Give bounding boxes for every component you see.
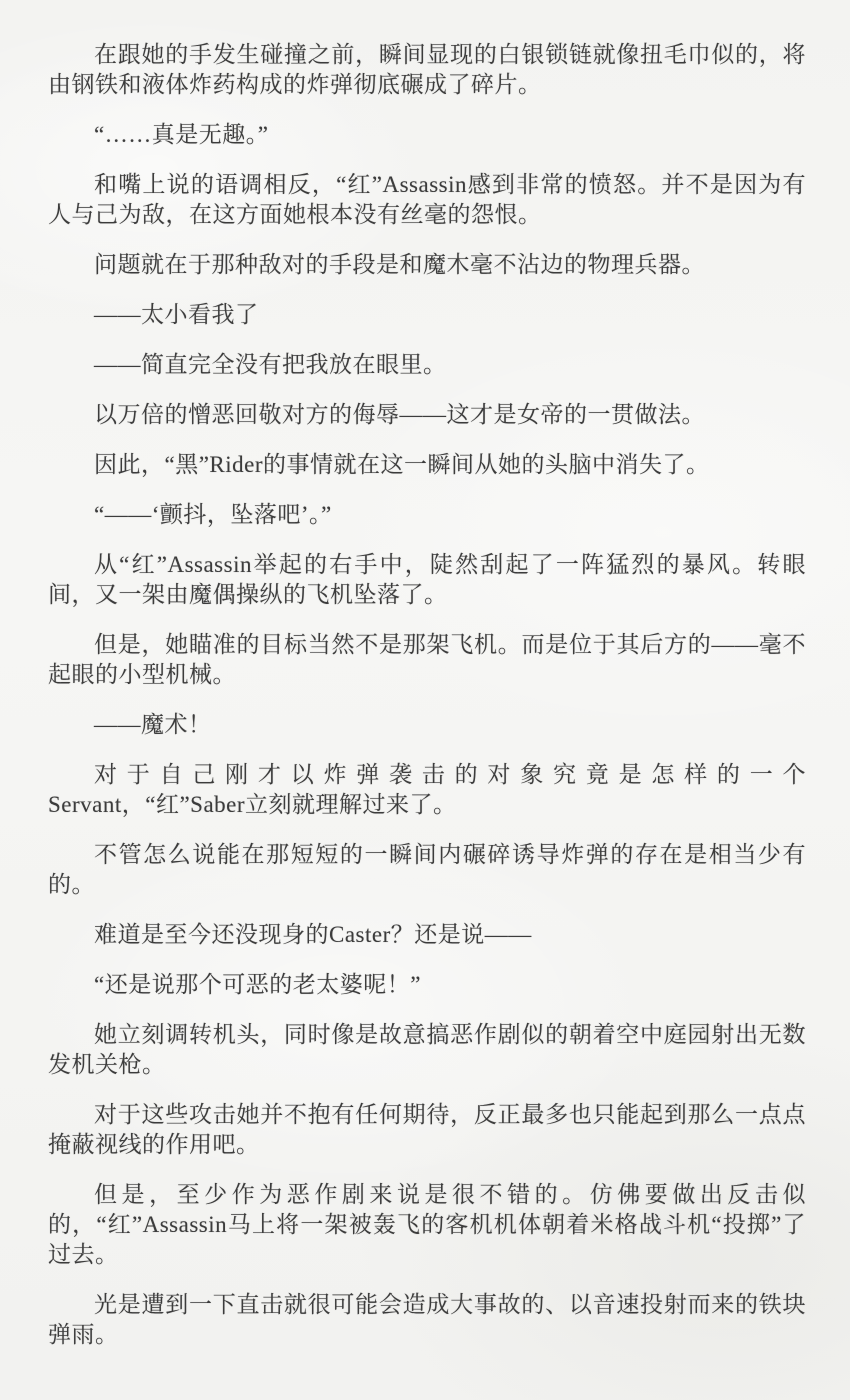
paragraph: “还是说那个可恶的老太婆呢！” bbox=[48, 970, 806, 1000]
text-column: 在跟她的手发生碰撞之前，瞬间显现的白银锁链就像扭毛巾似的，将由钢铁和液体炸药构成… bbox=[48, 40, 806, 1350]
paragraph: 对于自己刚才以炸弹袭击的对象究竟是怎样的一个Servant，“红”Saber立刻… bbox=[48, 760, 806, 820]
paragraph: ——魔术！ bbox=[48, 710, 806, 740]
paragraph: 对于这些攻击她并不抱有任何期待，反正最多也只能起到那么一点点掩蔽视线的作用吧。 bbox=[48, 1100, 806, 1160]
paragraph: 她立刻调转机头，同时像是故意搞恶作剧似的朝着空中庭园射出无数发机关枪。 bbox=[48, 1020, 806, 1080]
paragraph: 但是，她瞄准的目标当然不是那架飞机。而是位于其后方的——毫不起眼的小型机械。 bbox=[48, 630, 806, 690]
paragraph: 在跟她的手发生碰撞之前，瞬间显现的白银锁链就像扭毛巾似的，将由钢铁和液体炸药构成… bbox=[48, 40, 806, 100]
paragraph: 和嘴上说的语调相反，“红”Assassin感到非常的愤怒。并不是因为有人与己为敌… bbox=[48, 170, 806, 230]
paragraph: “——‘颤抖，坠落吧’。” bbox=[48, 500, 806, 530]
paragraph: ——简直完全没有把我放在眼里。 bbox=[48, 350, 806, 380]
paragraph: 不管怎么说能在那短短的一瞬间内碾碎诱导炸弹的存在是相当少有的。 bbox=[48, 840, 806, 900]
paragraph: 问题就在于那种敌对的手段是和魔木毫不沾边的物理兵器。 bbox=[48, 250, 806, 280]
book-page: 在跟她的手发生碰撞之前，瞬间显现的白银锁链就像扭毛巾似的，将由钢铁和液体炸药构成… bbox=[0, 0, 850, 1400]
paragraph: 从“红”Assassin举起的右手中，陡然刮起了一阵猛烈的暴风。转眼间，又一架由… bbox=[48, 550, 806, 610]
paragraph: 但是，至少作为恶作剧来说是很不错的。仿佛要做出反击似的，“红”Assassin马… bbox=[48, 1180, 806, 1270]
paragraph: ——太小看我了 bbox=[48, 300, 806, 330]
paragraph: “……真是无趣。” bbox=[48, 120, 806, 150]
paragraph: 光是遭到一下直击就很可能会造成大事故的、以音速投射而来的铁块弹雨。 bbox=[48, 1290, 806, 1350]
paragraph: 以万倍的憎恶回敬对方的侮辱——这才是女帝的一贯做法。 bbox=[48, 400, 806, 430]
paragraph: 因此，“黑”Rider的事情就在这一瞬间从她的头脑中消失了。 bbox=[48, 450, 806, 480]
paragraph: 难道是至今还没现身的Caster？还是说—— bbox=[48, 920, 806, 950]
